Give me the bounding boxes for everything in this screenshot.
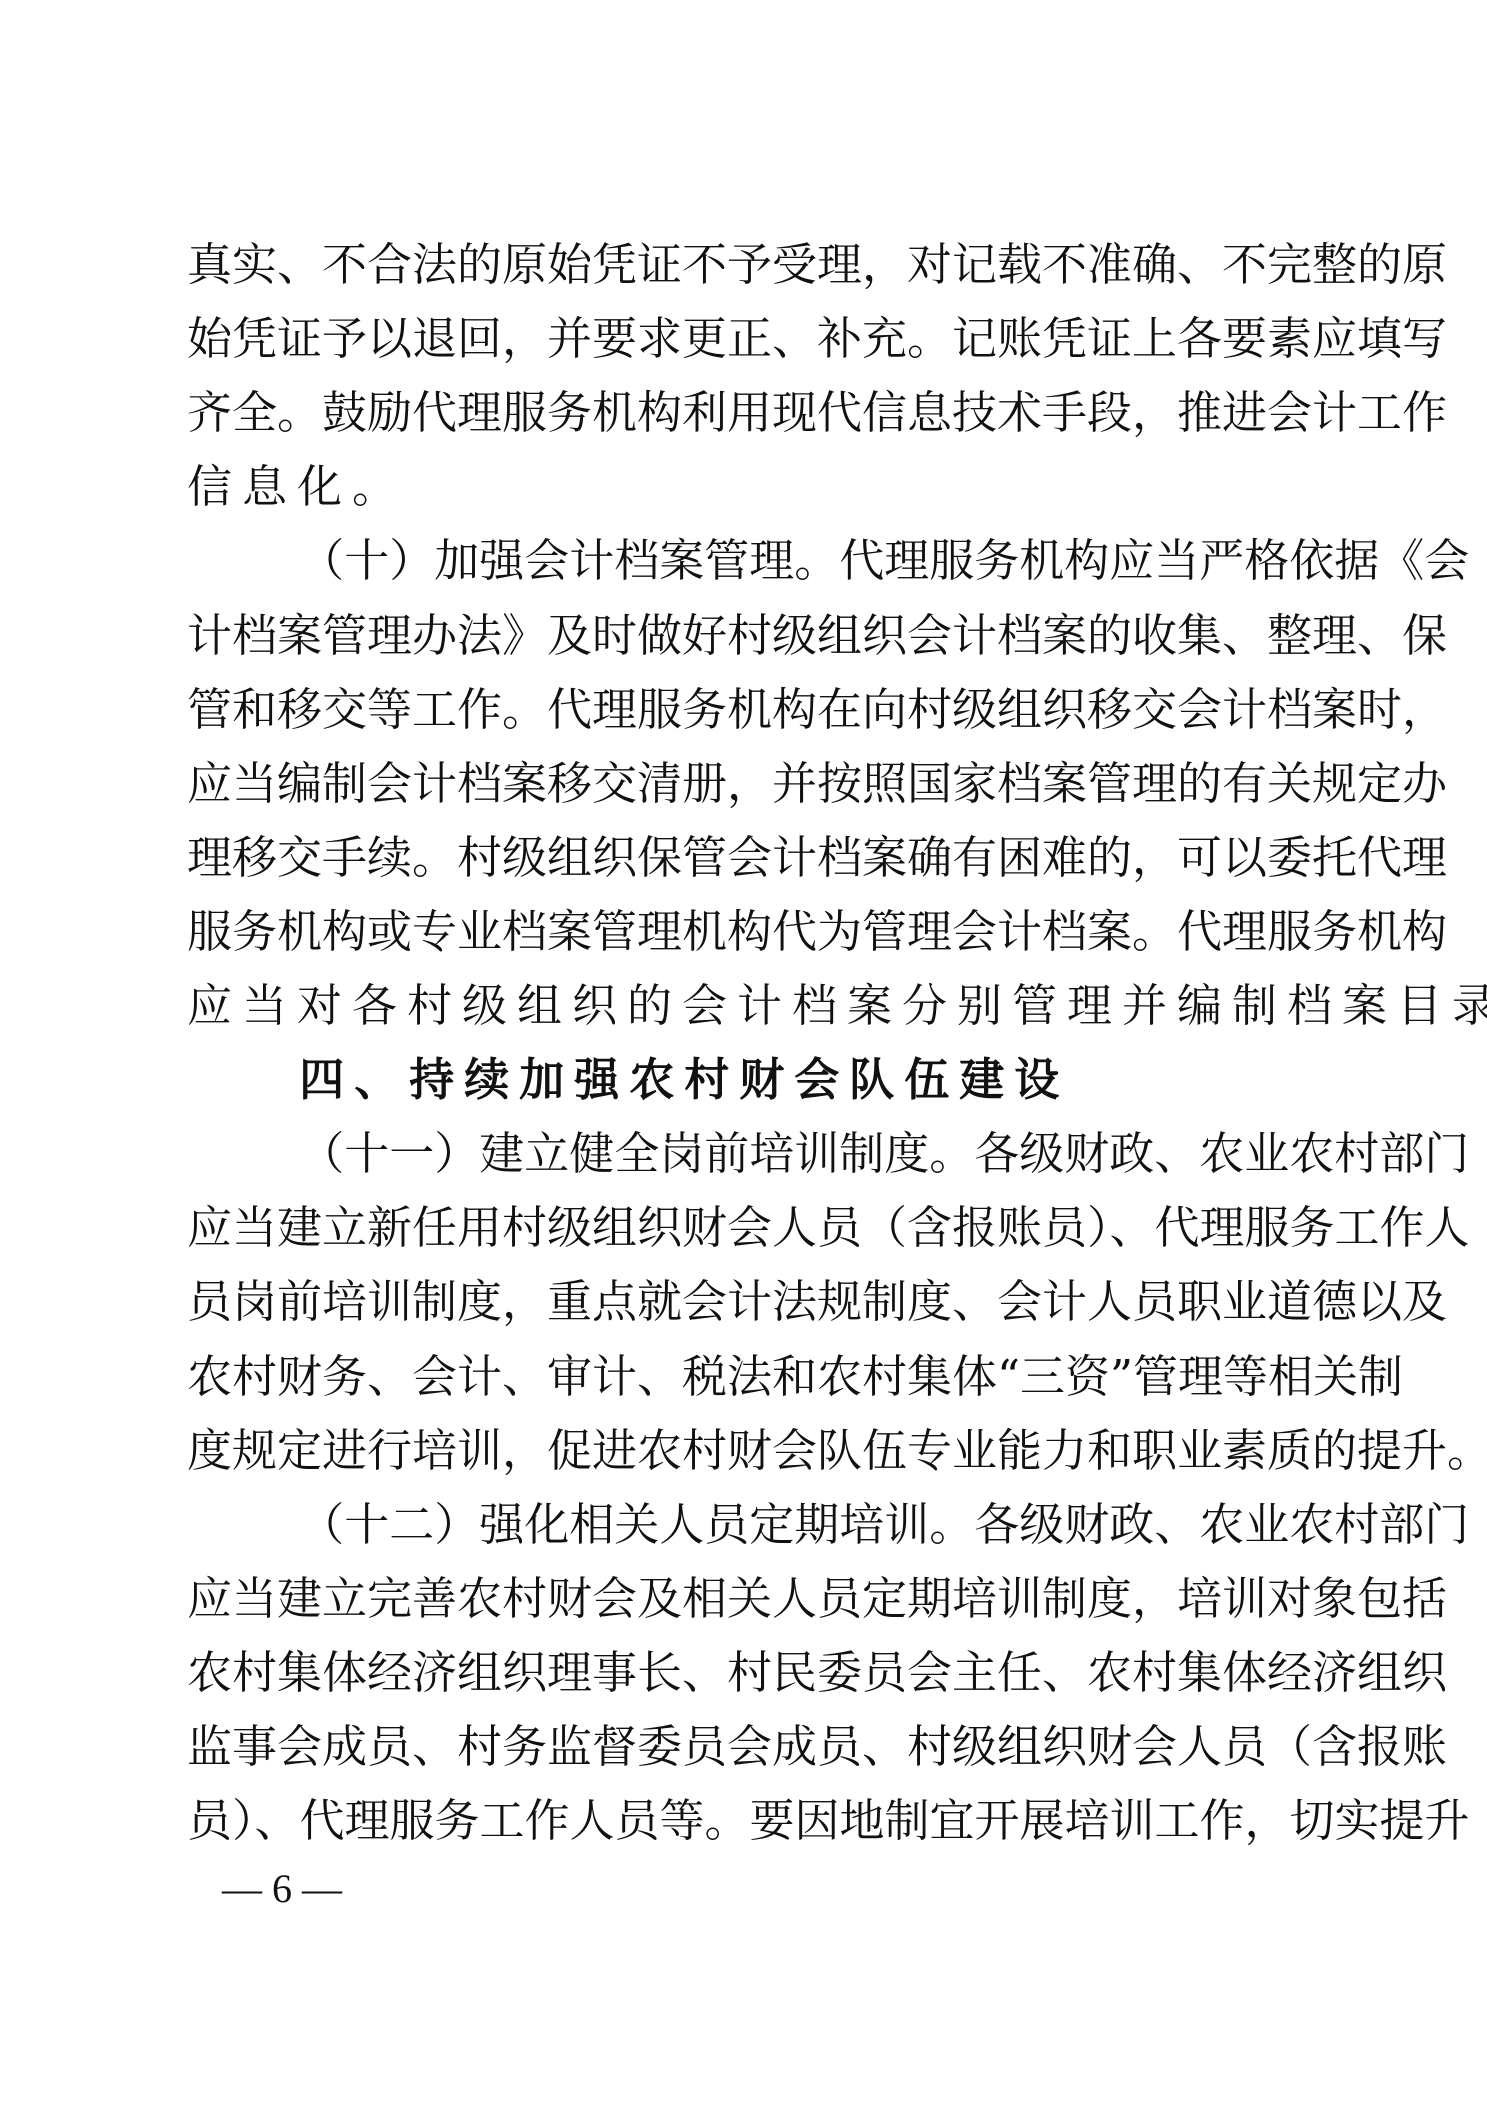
text-line: 员岗前培训制度，重点就会计法规制度、会计人员职业道德以及 [187, 1274, 1309, 1330]
text-line: 员）、代理服务工作人员等。要因地制宜开展培训工作，切实提升 [187, 1793, 1309, 1849]
text-line: 应当编制会计档案移交清册，并按照国家档案管理的有关规定办 [187, 756, 1309, 812]
text-line: 农村财务、会计、审计、税法和农村集体“三资”管理等相关制 [187, 1349, 1309, 1405]
text-line: 齐全。鼓励代理服务机构利用现代信息技术手段，推进会计工作 [187, 385, 1309, 441]
section-10-first-line: （十）加强会计档案管理。代理服务机构应当严格依据《会 [299, 533, 1309, 589]
text-line: 监事会成员、村务监督委员会成员、村级组织财会人员（含报账 [187, 1719, 1309, 1775]
text-line: 农村集体经济组织理事长、村民委员会主任、农村集体经济组织 [187, 1645, 1309, 1701]
text-line: 始凭证予以退回，并要求更正、补充。记账凭证上各要素应填写 [187, 311, 1309, 367]
text-line: 应当建立新任用村级组织财会人员（含报账员）、代理服务工作人 [187, 1200, 1309, 1256]
text-line: 服务机构或专业档案管理机构代为管理会计档案。代理服务机构 [187, 904, 1309, 960]
section-12-first-line: （十二）强化相关人员定期培训。各级财政、农业农村部门 [299, 1497, 1309, 1553]
text-line: 理移交手续。村级组织保管会计档案确有困难的，可以委托代理 [187, 830, 1309, 886]
section-11-first-line: （十一）建立健全岗前培训制度。各级财政、农业农村部门 [299, 1126, 1309, 1182]
page-number: — 6 — [222, 1866, 342, 1912]
text-line: 真实、不合法的原始凭证不予受理，对记载不准确、不完整的原 [187, 237, 1309, 293]
text-line: 管和移交等工作。代理服务机构在向村级组织移交会计档案时， [187, 682, 1309, 738]
text-line: 度规定进行培训，促进农村财会队伍专业能力和职业素质的提升。 [187, 1423, 1309, 1479]
text-line: 计档案管理办法》及时做好村级组织会计档案的收集、整理、保 [187, 608, 1309, 664]
section-heading: 四、持续加强农村财会队伍建设 [299, 1052, 1309, 1108]
text-line: 应当建立完善农村财会及相关人员定期培训制度，培训对象包括 [187, 1571, 1309, 1627]
text-line: 应当对各村级组织的会计档案分别管理并编制档案目录。 [187, 978, 1309, 1034]
document-page: 真实、不合法的原始凭证不予受理，对记载不准确、不完整的原 始凭证予以退回，并要求… [0, 0, 1487, 2107]
text-line: 信息化。 [187, 459, 1309, 515]
